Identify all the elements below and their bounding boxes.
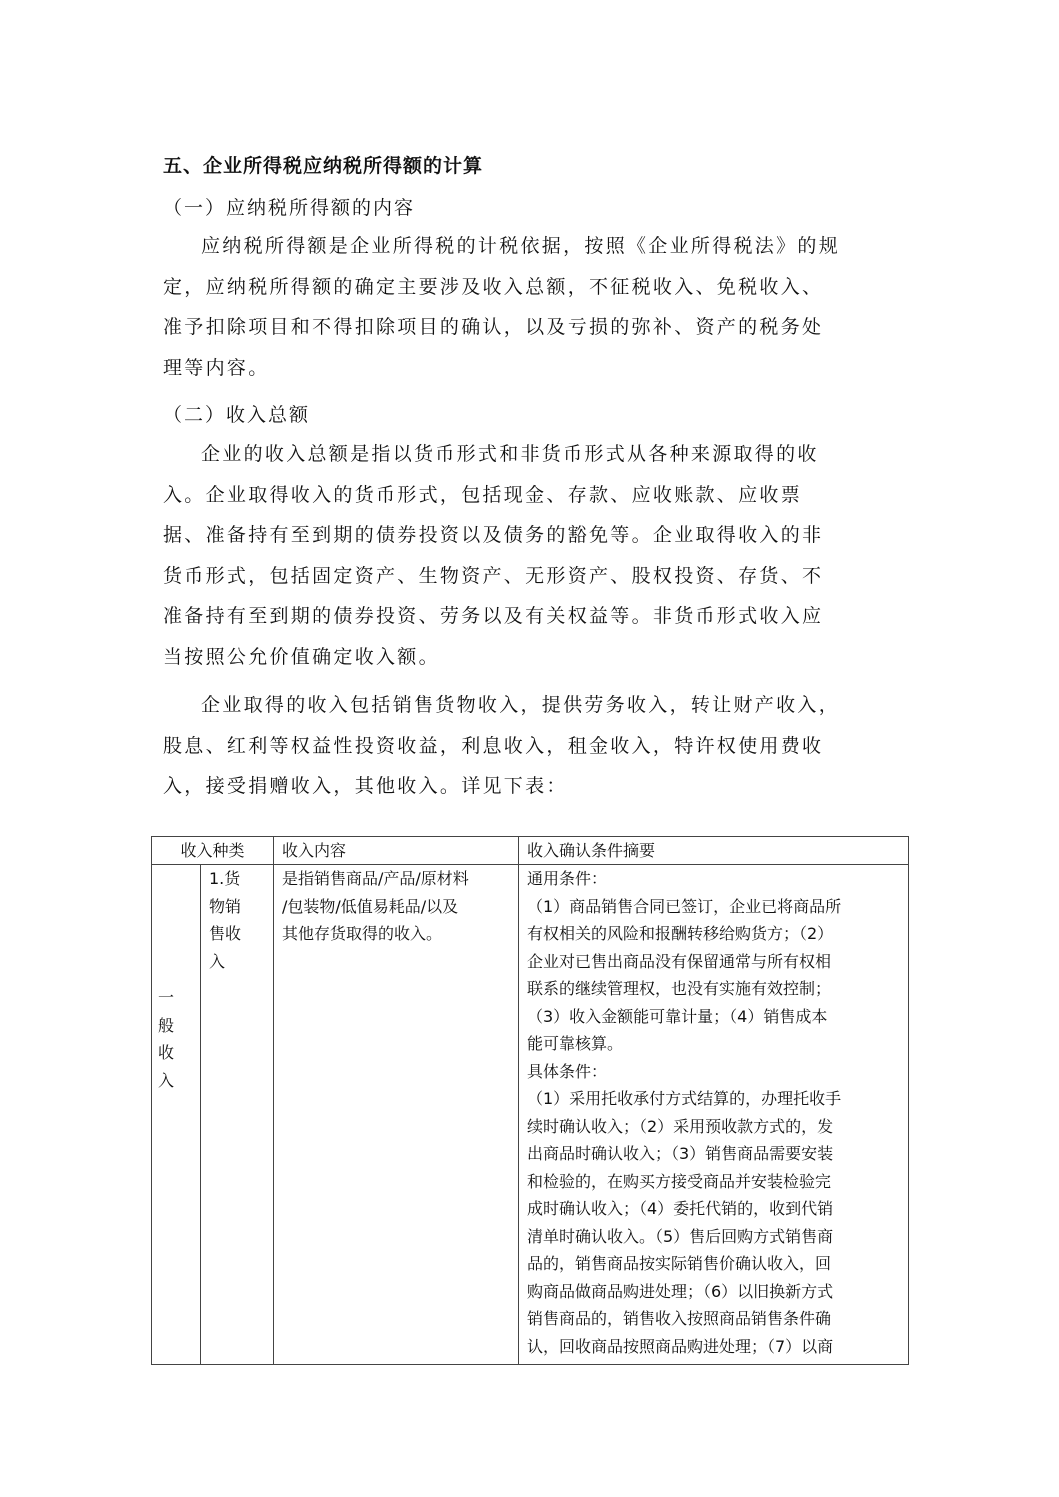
category-char: 般	[158, 1012, 200, 1040]
header-income-content: 收入内容	[274, 837, 519, 865]
condition-line: 具体条件：	[527, 1058, 908, 1086]
header-income-category: 收入种类	[152, 837, 274, 865]
condition-line: 能可靠核算。	[527, 1030, 908, 1058]
condition-line: （1）采用托收承付方式结算的，办理托收手	[527, 1085, 908, 1113]
paragraph-line: 入，接受捐赠收入，其他收入。详见下表：	[163, 766, 903, 807]
condition-line: 认，回收商品按照商品购进处理；（7）以商	[527, 1333, 908, 1361]
subcategory-line: 物销	[209, 893, 273, 921]
subcategory-line: 入	[209, 948, 273, 976]
content-line: 是指销售商品/产品/原材料	[282, 865, 518, 893]
condition-line: 联系的继续管理权，也没有实施有效控制；	[527, 975, 908, 1003]
category-char: 入	[158, 1067, 200, 1095]
condition-line: 清单时确认收入。（5）售后回购方式销售商	[527, 1223, 908, 1251]
condition-line: 成时确认收入；（4）委托代销的，收到代销	[527, 1195, 908, 1223]
category-char: 收	[158, 1039, 200, 1067]
content-line: 其他存货取得的收入。	[282, 920, 518, 948]
subsection-title-total-income: （二）收入总额	[163, 400, 310, 427]
table-header-row: 收入种类 收入内容 收入确认条件摘要	[152, 837, 909, 865]
condition-line: 购商品做商品购进处理；（6）以旧换新方式	[527, 1278, 908, 1306]
condition-line: 通用条件：	[527, 865, 908, 893]
subcategory-line: 1.货	[209, 865, 273, 893]
paragraph-line: 企业取得的收入包括销售货物收入，提供劳务收入，转让财产收入，	[163, 685, 903, 726]
condition-line: 企业对已售出商品没有保留通常与所有权相	[527, 948, 908, 976]
paragraph-line: 理等内容。	[163, 348, 903, 389]
table-row: 一 般 收 入 1.货 物销 售收 入 是指销售商品/产品/原材料 /包装物/低…	[152, 865, 909, 1365]
paragraph-line: 准予扣除项目和不得扣除项目的确认，以及亏损的弥补、资产的税务处	[163, 307, 903, 348]
paragraph-line: 准备持有至到期的债券投资、劳务以及有关权益等。非货币形式收入应	[163, 596, 903, 637]
document-page: 五、企业所得税应纳税所得额的计算 （一）应纳税所得额的内容 应纳税所得额是企业所…	[0, 0, 1059, 1497]
paragraph-line: 入。企业取得收入的货币形式，包括现金、存款、应收账款、应收票	[163, 475, 903, 516]
paragraph-line: 应纳税所得额是企业所得税的计税依据，按照《企业所得税法》的规	[163, 226, 903, 267]
paragraph-line: 股息、红利等权益性投资收益，利息收入，租金收入，特许权使用费收	[163, 726, 903, 767]
paragraph-income-types: 企业取得的收入包括销售货物收入，提供劳务收入，转让财产收入， 股息、红利等权益性…	[163, 685, 903, 807]
condition-line: 出商品时确认收入；（3）销售商品需要安装	[527, 1140, 908, 1168]
income-table: 收入种类 收入内容 收入确认条件摘要 一 般 收 入 1.货 物销 售收 入 是…	[151, 836, 909, 1365]
paragraph-line: 据、准备持有至到期的债券投资以及债务的豁免等。企业取得收入的非	[163, 515, 903, 556]
content-line: /包装物/低值易耗品/以及	[282, 893, 518, 921]
cell-content: 是指销售商品/产品/原材料 /包装物/低值易耗品/以及 其他存货取得的收入。	[274, 865, 519, 1365]
subcategory-line: 售收	[209, 920, 273, 948]
header-recognition-conditions: 收入确认条件摘要	[519, 837, 909, 865]
condition-line: （3）收入金额能可靠计量；（4）销售成本	[527, 1003, 908, 1031]
section-title: 五、企业所得税应纳税所得额的计算	[163, 151, 483, 178]
paragraph-taxable-income: 应纳税所得额是企业所得税的计税依据，按照《企业所得税法》的规 定，应纳税所得额的…	[163, 226, 903, 388]
subsection-title-content: （一）应纳税所得额的内容	[163, 193, 415, 220]
paragraph-line: 企业的收入总额是指以货币形式和非货币形式从各种来源取得的收	[163, 434, 903, 475]
condition-line: 有权相关的风险和报酬转移给购货方；（2）	[527, 920, 908, 948]
condition-line: 和检验的，在购买方接受商品并安装检验完	[527, 1168, 908, 1196]
condition-line: 销售商品的，销售收入按照商品销售条件确	[527, 1305, 908, 1333]
condition-line: （1）商品销售合同已签订，企业已将商品所	[527, 893, 908, 921]
cell-conditions: 通用条件： （1）商品销售合同已签订，企业已将商品所 有权相关的风险和报酬转移给…	[519, 865, 909, 1365]
cell-subcategory: 1.货 物销 售收 入	[201, 865, 274, 1365]
paragraph-line: 当按照公允价值确定收入额。	[163, 637, 903, 678]
paragraph-line: 定，应纳税所得额的确定主要涉及收入总额，不征税收入、免税收入、	[163, 267, 903, 308]
paragraph-total-income: 企业的收入总额是指以货币形式和非货币形式从各种来源取得的收 入。企业取得收入的货…	[163, 434, 903, 677]
condition-line: 品的，销售商品按实际销售价确认收入，回	[527, 1250, 908, 1278]
condition-line: 续时确认收入；（2）采用预收款方式的，发	[527, 1113, 908, 1141]
cell-category: 一 般 收 入	[152, 865, 201, 1365]
category-char: 一	[158, 984, 200, 1012]
paragraph-line: 货币形式，包括固定资产、生物资产、无形资产、股权投资、存货、不	[163, 556, 903, 597]
